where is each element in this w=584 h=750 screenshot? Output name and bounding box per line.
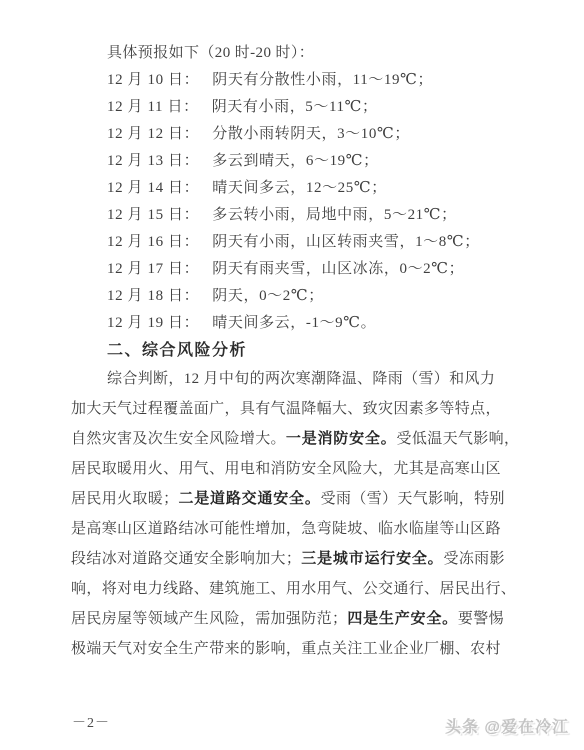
analysis-emphasis: 三是城市运行安全。	[301, 550, 443, 567]
analysis-text: 加大天气过程覆盖面广，具有气温降幅大、致灾因素多等特点，	[71, 401, 501, 417]
analysis-line: 居民用火取暖；二是道路交通安全。受雨（雪）天气影响，特别	[71, 484, 513, 514]
forecast-line: 12 月 14 日：晴天间多云，12～25℃；	[107, 175, 513, 202]
analysis-paragraph: 综合判断，12 月中旬的两次寒潮降温、降雨（雪）和风力加大天气过程覆盖面广，具有…	[71, 364, 513, 664]
analysis-text: 居民用火取暖；	[71, 491, 178, 507]
analysis-line: 响，将对电力线路、建筑施工、用水用气、公交通行、居民出行、	[71, 574, 513, 604]
analysis-line: 居民取暖用火、用气、用电和消防安全风险大，尤其是高寒山区	[71, 454, 513, 484]
analysis-line: 综合判断，12 月中旬的两次寒潮降温、降雨（雪）和风力	[71, 364, 513, 394]
analysis-text: 综合判断，12 月中旬的两次寒潮降温、降雨（雪）和风力	[107, 371, 495, 387]
analysis-text: 段结冰对道路交通安全影响加大；	[71, 551, 301, 567]
forecast-text: 多云转小雨，局地中雨，5～21℃；	[212, 207, 456, 223]
forecast-text: 晴天间多云，12～25℃；	[212, 180, 387, 196]
watermark-toutiao: 头条 @爱在冷江	[445, 714, 569, 737]
forecast-line: 12 月 11 日：阴天有小雨，5～11℃；	[107, 94, 513, 121]
analysis-emphasis: 四是生产安全。	[347, 610, 458, 627]
forecast-line: 12 月 17 日：阴天有雨夹雪，山区冰冻，0～2℃；	[107, 256, 513, 283]
analysis-emphasis: 二是道路交通安全。	[178, 490, 320, 507]
analysis-line: 居民房屋等领域产生风险，需加强防范；四是生产安全。要警惕	[71, 604, 513, 634]
section-heading: 二、综合风险分析	[107, 337, 513, 364]
forecast-intro: 具体预报如下（20 时-20 时）：	[107, 40, 513, 67]
forecast-line: 12 月 19 日：晴天间多云，-1～9℃。	[107, 310, 513, 337]
forecast-text: 阴天有分散性小雨，11～19℃；	[212, 72, 433, 88]
forecast-line: 12 月 12 日：分散小雨转阴天，3～10℃；	[107, 121, 513, 148]
analysis-text: 极端天气对安全生产带来的影响，重点关注工业企业厂棚、农村	[71, 641, 501, 657]
forecast-line: 12 月 13 日：多云到晴天，6～19℃；	[107, 148, 513, 175]
analysis-text: 受冻雨影	[443, 551, 504, 567]
forecast-text: 多云到晴天，6～19℃；	[212, 153, 378, 169]
analysis-text: 是高寒山区道路结冰可能性增加，急弯陡坡、临水临崖等山区路	[71, 521, 501, 537]
forecast-text: 分散小雨转阴天，3～10℃；	[212, 126, 410, 142]
analysis-line: 是高寒山区道路结冰可能性增加，急弯陡坡、临水临崖等山区路	[71, 514, 513, 544]
document-content: 具体预报如下（20 时-20 时）： 12 月 10 日：阴天有分散性小雨，11…	[71, 40, 513, 664]
forecast-date: 12 月 18 日：	[107, 288, 199, 304]
document-page: 具体预报如下（20 时-20 时）： 12 月 10 日：阴天有分散性小雨，11…	[0, 0, 584, 750]
analysis-text: 受低温天气影响，	[397, 431, 520, 447]
analysis-text: 自然灾害及次生安全风险增大。	[71, 431, 286, 447]
forecast-text: 阴天有雨夹雪，山区冰冻，0～2℃；	[212, 261, 464, 277]
forecast-line: 12 月 16 日：阴天有小雨，山区转雨夹雪，1～8℃；	[107, 229, 513, 256]
forecast-date: 12 月 10 日：	[107, 72, 199, 88]
forecast-date: 12 月 13 日：	[107, 153, 199, 169]
forecast-date: 12 月 16 日：	[107, 234, 199, 250]
analysis-emphasis: 一是消防安全。	[286, 430, 397, 447]
analysis-text: 受雨（雪）天气影响，特别	[321, 491, 505, 507]
forecast-text: 阴天有小雨，山区转雨夹雪，1～8℃；	[212, 234, 480, 250]
analysis-line: 极端天气对安全生产带来的影响，重点关注工业企业厂棚、农村	[71, 634, 513, 664]
forecast-date: 12 月 17 日：	[107, 261, 199, 277]
analysis-text: 居民房屋等领域产生风险，需加强防范；	[71, 611, 347, 627]
forecast-line: 12 月 18 日：阴天，0～2℃；	[107, 283, 513, 310]
analysis-line: 自然灾害及次生安全风险增大。一是消防安全。受低温天气影响，	[71, 424, 513, 454]
forecast-text: 晴天间多云，-1～9℃。	[212, 315, 376, 331]
forecast-list: 12 月 10 日：阴天有分散性小雨，11～19℃；12 月 11 日：阴天有小…	[71, 67, 513, 337]
forecast-text: 阴天有小雨，5～11℃；	[212, 99, 378, 115]
forecast-date: 12 月 15 日：	[107, 207, 199, 223]
page-number: －2－	[72, 712, 110, 732]
forecast-line: 12 月 15 日：多云转小雨，局地中雨，5～21℃；	[107, 202, 513, 229]
forecast-text: 阴天，0～2℃；	[212, 288, 324, 304]
analysis-line: 加大天气过程覆盖面广，具有气温降幅大、致灾因素多等特点，	[71, 394, 513, 424]
analysis-line: 段结冰对道路交通安全影响加大；三是城市运行安全。受冻雨影	[71, 544, 513, 574]
forecast-date: 12 月 19 日：	[107, 315, 199, 331]
analysis-text: 居民取暖用火、用气、用电和消防安全风险大，尤其是高寒山区	[71, 461, 501, 477]
forecast-line: 12 月 10 日：阴天有分散性小雨，11～19℃；	[107, 67, 513, 94]
forecast-date: 12 月 14 日：	[107, 180, 199, 196]
forecast-date: 12 月 11 日：	[107, 99, 199, 115]
analysis-text: 要警惕	[458, 611, 504, 627]
analysis-text: 响，将对电力线路、建筑施工、用水用气、公交通行、居民出行、	[71, 581, 516, 597]
forecast-date: 12 月 12 日：	[107, 126, 199, 142]
